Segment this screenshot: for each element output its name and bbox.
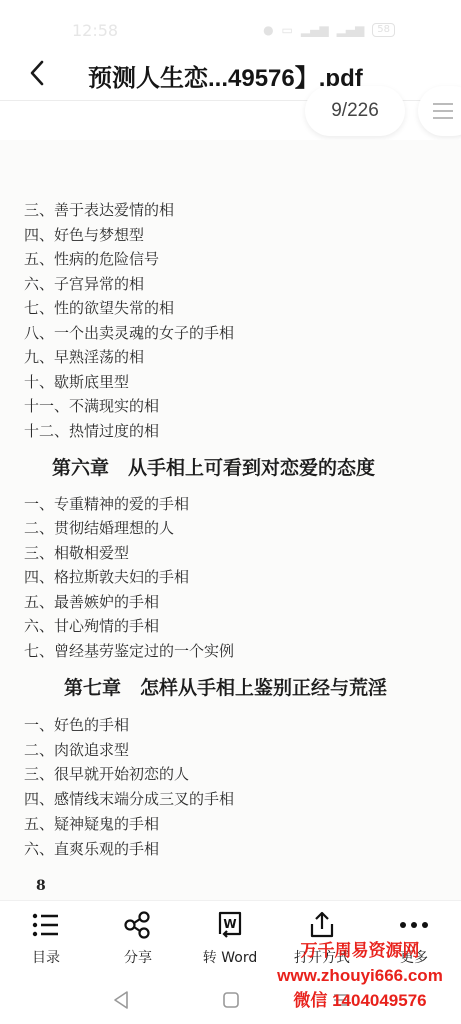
sim-icon: ▭ [282, 23, 293, 37]
status-time: 12:58 [72, 21, 118, 40]
toc-item: 四、好色与梦想型 [24, 224, 144, 245]
nav-home-icon[interactable] [222, 990, 240, 1010]
toc-item: 五、最善嫉妒的手相 [24, 591, 159, 612]
page-indicator[interactable]: 9/226 [305, 86, 405, 136]
more-button[interactable]: 更多 [368, 907, 460, 973]
share-label: 分享 [124, 947, 152, 967]
toc-item: 四、格拉斯敦夫妇的手相 [24, 566, 189, 587]
open-with-icon [308, 910, 336, 940]
chapter-heading: 第七章 怎样从手相上鉴别正经与荒淫 [64, 673, 387, 700]
toc-label: 目录 [32, 947, 60, 967]
toc-item: 二、贯彻结婚理想的人 [24, 517, 174, 538]
open-with-label: 打开方式 [294, 947, 350, 967]
share-icon [124, 911, 152, 939]
list-icon [32, 913, 60, 937]
toc-item: 八、一个出卖灵魂的女子的手相 [24, 322, 234, 343]
chapter-heading: 第六章 从手相上可看到对恋爱的态度 [52, 453, 375, 480]
toc-item: 六、直爽乐观的手相 [24, 838, 159, 859]
toc-item: 三、善于表达爱情的相 [24, 199, 174, 220]
word-convert-icon: W [216, 910, 244, 940]
status-icons: ● ▭ ▂▄▆ ▂▄▆ 58 [263, 23, 395, 37]
convert-word-button[interactable]: W 转 Word [184, 907, 276, 973]
toc-item: 三、很早就开始初恋的人 [24, 763, 189, 784]
toc-item: 一、专重精神的爱的手相 [24, 493, 189, 514]
toc-item: 九、早熟淫荡的相 [24, 346, 144, 367]
more-icon [399, 921, 429, 929]
toc-item: 二、肉欲追求型 [24, 739, 129, 760]
toc-item: 六、子宫异常的相 [24, 273, 144, 294]
signal-icon-2: ▂▄▆ [337, 23, 365, 37]
pdf-page[interactable]: 三、善于表达爱情的相 四、好色与梦想型 五、性病的危险信号 六、子宫异常的相 七… [0, 140, 461, 900]
toc-item: 一、好色的手相 [24, 714, 129, 735]
share-button[interactable]: 分享 [92, 907, 184, 973]
page-number: 8 [36, 878, 46, 894]
nav-back-icon[interactable] [112, 990, 130, 1010]
toc-item: 六、甘心殉情的手相 [24, 615, 159, 636]
more-label: 更多 [400, 947, 428, 967]
alarm-icon: ● [263, 23, 273, 37]
svg-text:W: W [223, 917, 236, 931]
toc-item: 七、性的欲望失常的相 [24, 297, 174, 318]
toc-button[interactable]: 目录 [0, 907, 92, 973]
toc-item: 五、疑神疑鬼的手相 [24, 813, 159, 834]
open-with-button[interactable]: 打开方式 [276, 907, 368, 973]
hamburger-icon [432, 102, 454, 120]
toc-item: 十二、热情过度的相 [24, 420, 159, 441]
battery-indicator: 58 [372, 23, 395, 37]
toc-item: 七、曾经基劳鉴定过的一个实例 [24, 640, 234, 661]
convert-word-label: 转 Word [203, 947, 257, 967]
chevron-left-icon [28, 59, 46, 87]
toc-item: 十、歇斯底里型 [24, 371, 129, 392]
toc-item: 三、相敬相爱型 [24, 542, 129, 563]
bottom-toolbar: 目录 分享 W 转 Word [0, 900, 461, 981]
toc-item: 十一、不满现实的相 [24, 395, 159, 416]
signal-icon: ▂▄▆ [301, 23, 329, 37]
toc-item: 四、感情线末端分成三叉的手相 [24, 788, 234, 809]
system-nav-bar [0, 980, 461, 1024]
nav-recents-icon[interactable] [332, 990, 350, 1010]
menu-button[interactable] [418, 86, 461, 136]
back-button[interactable] [20, 56, 54, 90]
toc-item: 五、性病的危险信号 [24, 248, 159, 269]
